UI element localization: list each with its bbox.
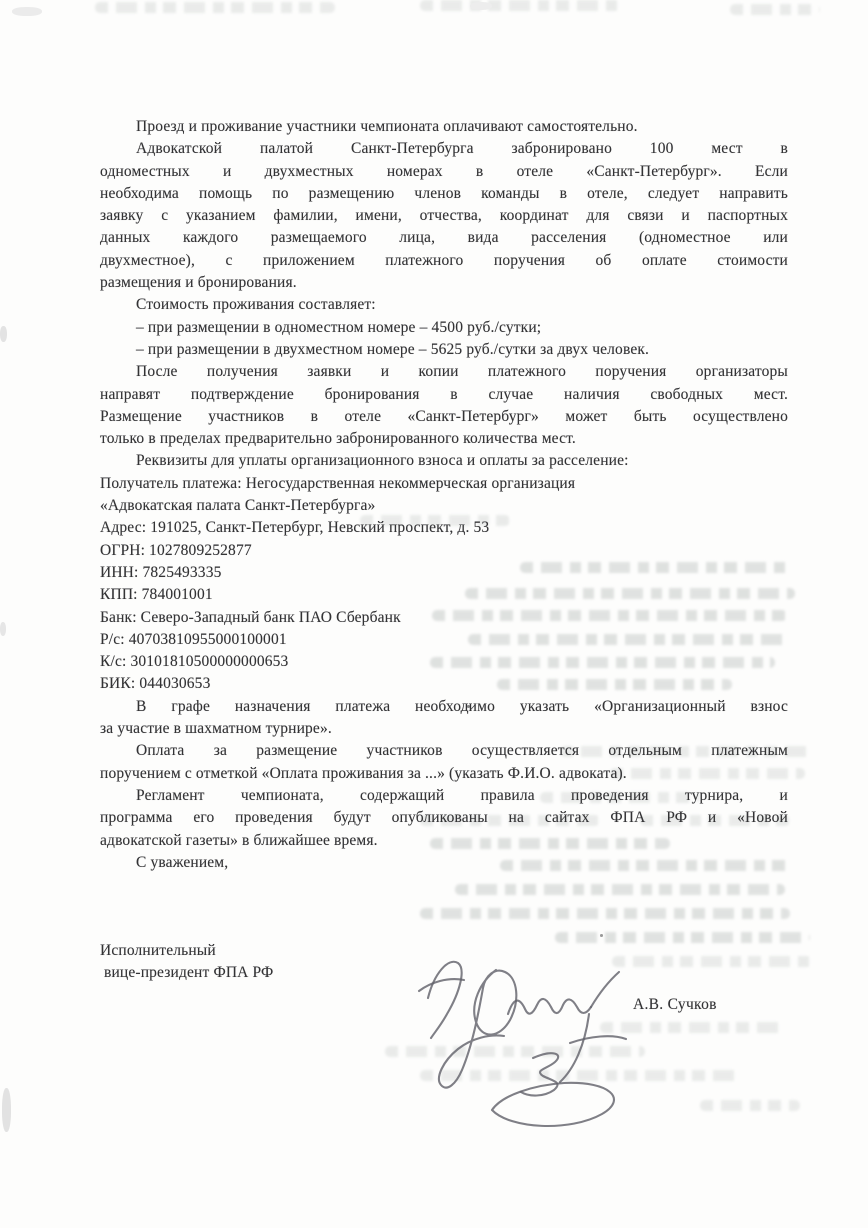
- payee-name-line: «Адвокатская палата Санкт-Петербурга»: [100, 495, 788, 517]
- bleedthrough-line: [95, 2, 335, 13]
- body-line: за участие в шахматном турнире».: [100, 718, 788, 740]
- body-line: данных каждого размещаемого лица, вида р…: [100, 227, 788, 249]
- body-line: Размещение участников в отеле «Санкт-Пет…: [100, 406, 788, 428]
- body-line: В графе назначения платежа необходимо ук…: [100, 696, 788, 718]
- inn-line: ИНН: 7825493335: [100, 562, 788, 584]
- scan-artifact: [2, 1088, 11, 1132]
- scan-artifact: [0, 622, 6, 636]
- body-line: Оплата за размещение участников осуществ…: [100, 740, 788, 762]
- requisites-heading: Реквизиты для уплаты организационного вз…: [100, 450, 788, 472]
- scan-artifact: [0, 326, 7, 342]
- body-line: программа его проведения будут опубликов…: [100, 807, 788, 829]
- body-line: адвокатской газеты» в ближайшее время.: [100, 830, 788, 852]
- bleedthrough-line: [730, 4, 820, 15]
- body-line: После получения заявки и копии платежног…: [100, 361, 788, 383]
- correspondent-account-line: К/с: 30101810500000000653: [100, 651, 788, 673]
- bank-line: Банк: Северо-Западный банк ПАО Сбербанк: [100, 607, 788, 629]
- price-double-room-line: – при размещении в двухместном номере – …: [100, 339, 788, 361]
- bik-line: БИК: 044030653: [100, 673, 788, 695]
- ogrn-line: ОГРН: 1027809252877: [100, 540, 788, 562]
- body-line: Стоимость проживания составляет:: [100, 294, 788, 316]
- closing-salutation: С уважением,: [100, 852, 788, 874]
- bleedthrough-line: [700, 1100, 800, 1111]
- body-line: заявку с указанием фамилии, имени, отчес…: [100, 205, 788, 227]
- body-line: необходима помощь по размещению членов к…: [100, 183, 788, 205]
- kpp-line: КПП: 784001001: [100, 584, 788, 606]
- address-line: Адрес: 191025, Санкт-Петербург, Невский …: [100, 517, 788, 539]
- body-line: только в пределах предварительно заброни…: [100, 428, 788, 450]
- body-line: двухместное), с приложением платежного п…: [100, 250, 788, 272]
- payee-line: Получатель платежа: Негосударственная не…: [100, 473, 788, 495]
- body-line: Проезд и проживание участники чемпионата…: [100, 116, 788, 138]
- settlement-account-line: Р/с: 40703810955000100001: [100, 629, 788, 651]
- signer-name: А.В. Сучков: [633, 996, 717, 1014]
- scan-artifact: [12, 7, 42, 16]
- body-line: поручением с отметкой «Оплата проживания…: [100, 763, 788, 785]
- price-single-room-line: – при размещении в одноместном номере – …: [100, 317, 788, 339]
- letter-body: Проезд и проживание участники чемпионата…: [100, 116, 788, 985]
- handwritten-signature: [412, 950, 652, 1145]
- scanned-letter-page: Проезд и проживание участники чемпионата…: [0, 0, 868, 1228]
- body-line: направят подтверждение бронирования в сл…: [100, 384, 788, 406]
- body-line: одноместных и двухместных номерах в отел…: [100, 161, 788, 183]
- body-line: размещения и бронирования.: [100, 272, 788, 294]
- bleedthrough-line: [420, 0, 620, 11]
- scan-artifact: [470, 2, 492, 10]
- body-line: Регламент чемпионата, содержащий правила…: [100, 785, 788, 807]
- body-line: Адвокатской палатой Санкт-Петербурга заб…: [100, 138, 788, 160]
